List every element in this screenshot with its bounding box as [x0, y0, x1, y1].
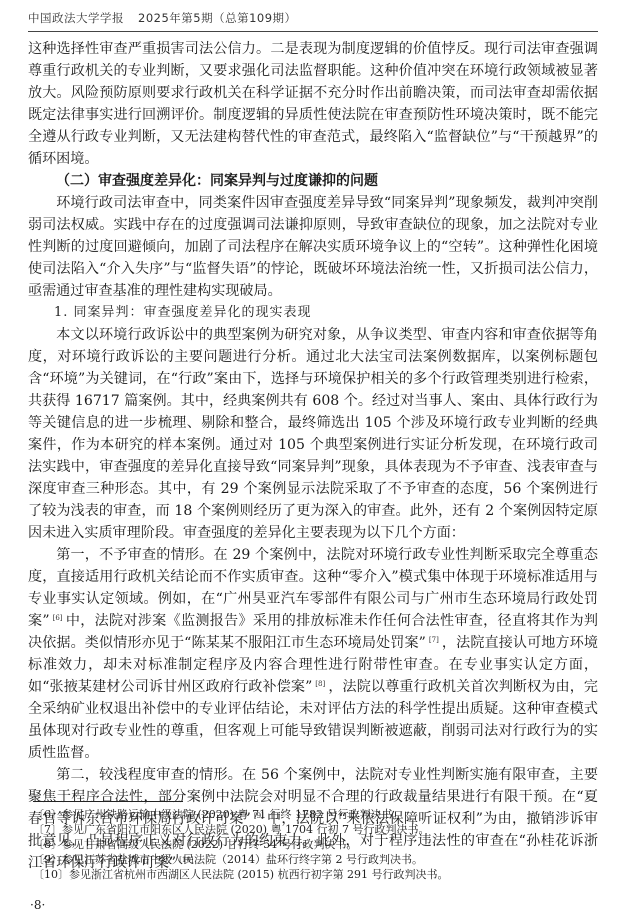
footnote: 〔8〕参见甘肃省高级人民法院 (2022) 甘行终 54 号行政判决书。 — [33, 837, 449, 852]
page-number: ·8· — [30, 898, 45, 912]
paragraph: 环境行政司法审查中，同类案件因审查强度差异导致“同案异判”现象频发，裁判冲突削弱… — [28, 192, 598, 302]
footnote-ref[interactable]: [6] — [53, 614, 63, 622]
footnote: 〔7〕参见广东省阳江市阳东区人民法院 (2020) 粤 1704 行初 7 号行… — [33, 822, 449, 837]
paragraph: 第一，不予审查的情形。在 29 个案例中，法院对环境行政专业性判断采取完全尊重态… — [28, 544, 598, 764]
footnotes: 〔6〕参见广州铁路运输中级法院 (2020) 粤 71 行终 1782 号行政判… — [33, 807, 449, 882]
running-header: 中国政法大学学报2025年第5期（总第109期） — [28, 10, 297, 26]
footnote-ref[interactable]: [7] — [429, 636, 439, 644]
footnote: 〔9〕参见江苏省盐城市中级人民法院（2014）盐环行终字第 2 号行政判决书。 — [33, 852, 449, 867]
header-rule — [28, 31, 598, 32]
footnote: 〔6〕参见广州铁路运输中级法院 (2020) 粤 71 行终 1782 号行政判… — [33, 807, 449, 822]
paragraph: 本文以环境行政诉讼中的典型案例为研究对象，从争议类型、审查内容和审查依据等角度，… — [28, 324, 598, 544]
section-heading: （二）审查强度差异化：同案异判与过度谦抑的问题 — [28, 170, 598, 192]
issue-info: 2025年第5期（总第109期） — [138, 11, 297, 25]
footnote: 〔10〕参见浙江省杭州市西湖区人民法院 (2015) 杭西行初字第 291 号行… — [33, 867, 449, 882]
paragraph: 这种选择性审查严重损害司法公信力。二是表现为制度逻辑的价值悖反。现行司法审查强调… — [28, 38, 598, 170]
footnote-rule — [33, 801, 183, 802]
subsection-heading: 1. 同案异判：审查强度差异化的现实表现 — [28, 302, 598, 324]
footnote-ref[interactable]: [8] — [315, 680, 325, 688]
journal-name: 中国政法大学学报 — [28, 11, 124, 25]
body-text: 这种选择性审查严重损害司法公信力。二是表现为制度逻辑的价值悖反。现行司法审查强调… — [28, 38, 598, 874]
